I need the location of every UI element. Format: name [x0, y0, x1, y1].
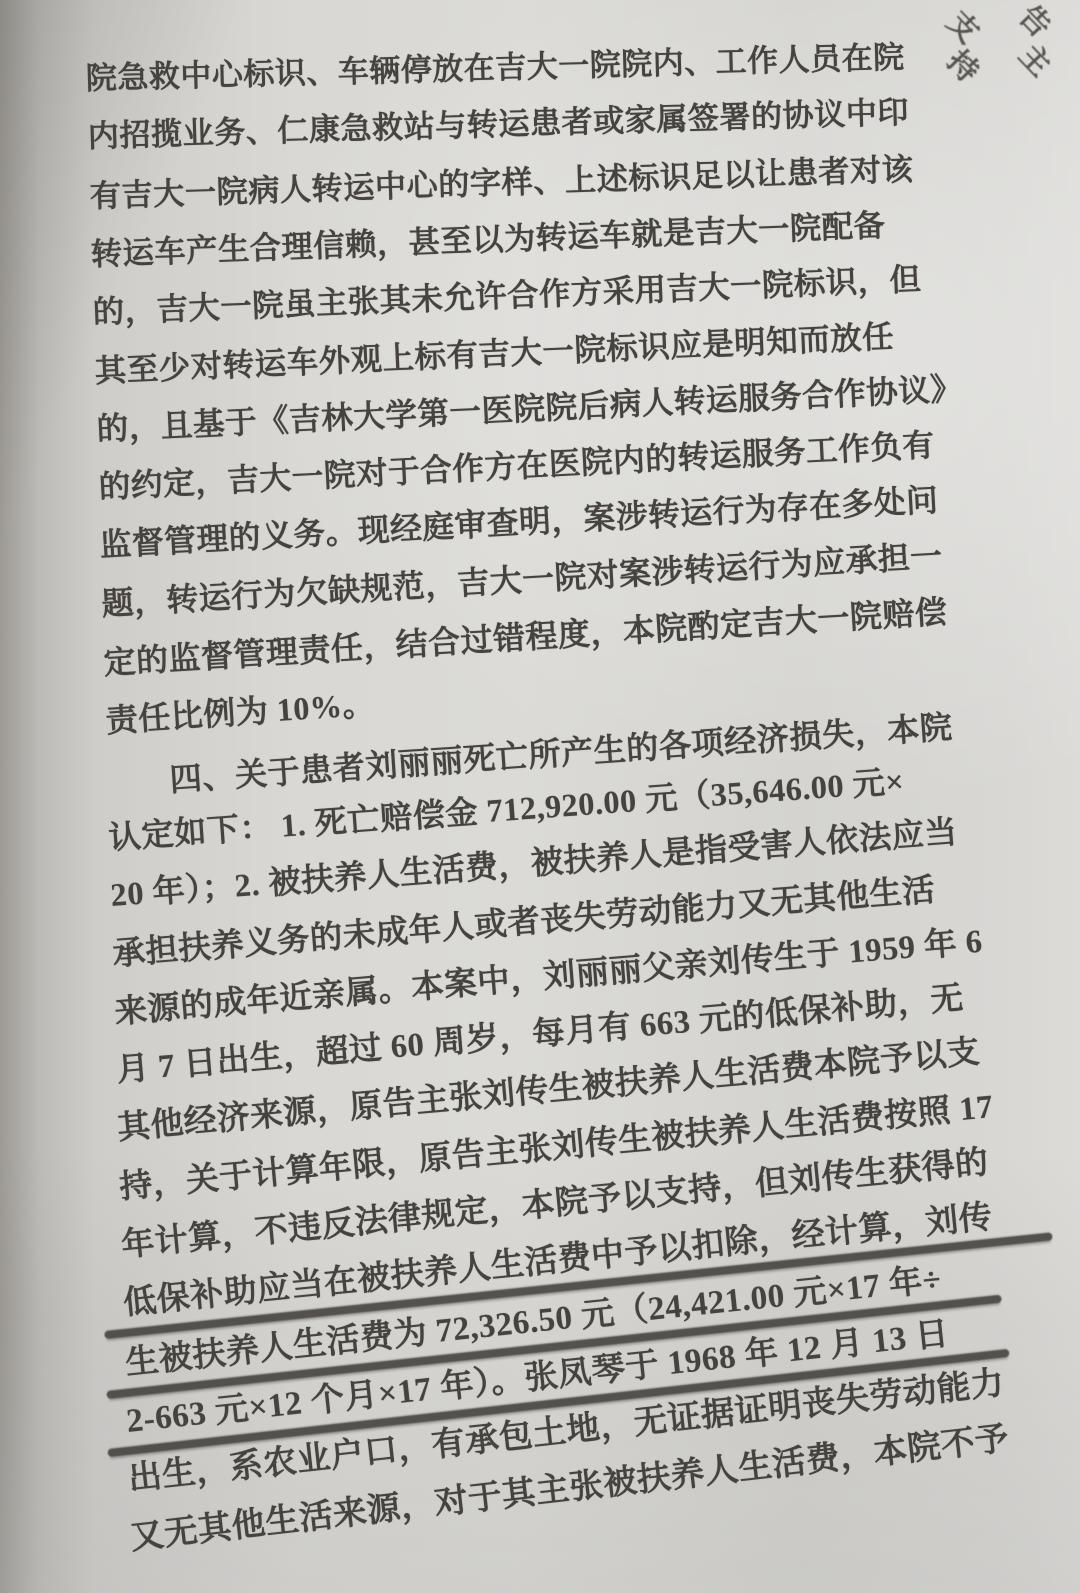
line-text: 责任比例为 10%。 [104, 686, 375, 739]
photographed-court-document-page: 支持 告主 院急救中心标识、车辆停放在吉大一院院内、工作人员在院内招揽业务、仁康… [0, 0, 1080, 1593]
line-text: 的，吉大一院虽主张其未允许合作方采用吉大一院标识，但 [92, 262, 922, 330]
line-text: 院急救中心标识、车辆停放在吉大一院院内、工作人员在院 [85, 40, 905, 96]
document-body: 院急救中心标识、车辆停放在吉大一院院内、工作人员在院内招揽业务、仁康急救站与转运… [0, 0, 1080, 1593]
document-line: 内招揽业务、仁康急救站与转运患者或家属签署的协议中印 [87, 94, 909, 157]
document-line: 院急救中心标识、车辆停放在吉大一院院内、工作人员在院 [85, 39, 905, 99]
line-text: 内招揽业务、仁康急救站与转运患者或家属签署的协议中印 [87, 95, 909, 154]
line-text: 转运车产生合理信赖，甚至以为转运车就是吉大一院配备 [91, 208, 887, 272]
document-line: 转运车产生合理信赖，甚至以为转运车就是吉大一院配备 [91, 206, 887, 274]
document-line: 责任比例为 10%。 [104, 684, 376, 741]
document-line: 有吉大一院病人转运中心的字样、上述标识足以让患者对该 [89, 149, 914, 215]
line-text: 有吉大一院病人转运中心的字样、上述标识足以让患者对该 [89, 151, 914, 213]
